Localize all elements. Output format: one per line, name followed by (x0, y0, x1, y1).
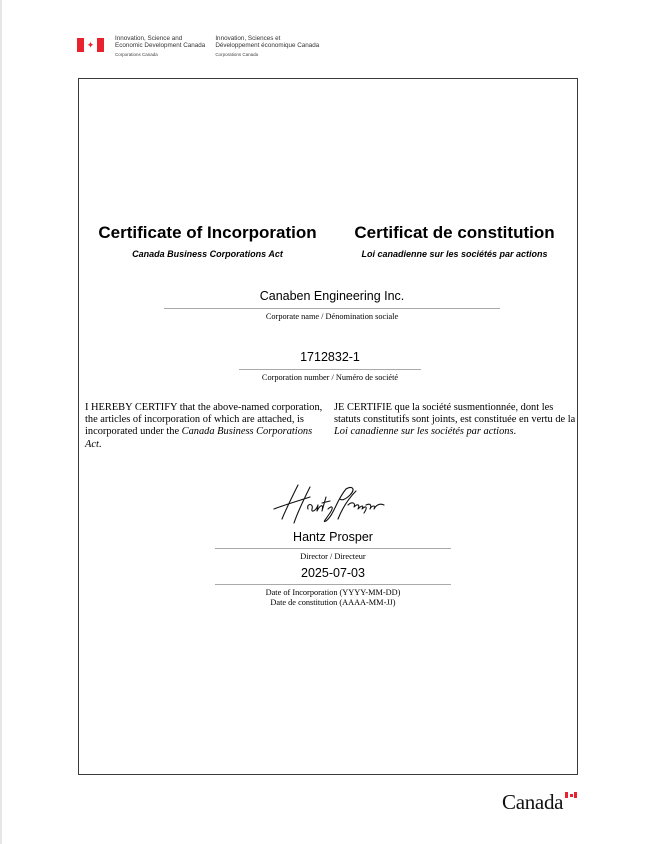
corporate-name-field: Canaben Engineering Inc. Corporate name … (164, 289, 500, 322)
division-en: Corporations Canada (115, 51, 205, 58)
date-label-fr: Date de constitution (AAAA-MM-JJ) (215, 598, 451, 608)
title-en: Certificate of Incorporation (87, 223, 328, 243)
subtitle-fr: Loi canadienne sur les sociétés par acti… (332, 249, 577, 259)
divider (164, 308, 500, 309)
page-edge (0, 0, 2, 844)
department-name-fr: Innovation, Sciences et Développement éc… (215, 35, 319, 58)
corporate-name-label: Corporate name / Dénomination sociale (164, 312, 500, 322)
director-name: Hantz Prosper (215, 530, 451, 545)
divider (239, 369, 421, 370)
corporation-number-label: Corporation number / Numéro de société (239, 373, 421, 383)
canada-wordmark: Canada (502, 790, 563, 815)
divider (215, 548, 451, 549)
director-label: Director / Directeur (215, 552, 451, 562)
corporation-number: 1712832-1 (239, 350, 421, 365)
canada-flag-icon: ✦ (77, 38, 104, 52)
certification-statement-en: I HEREBY CERTIFY that the above-named co… (85, 402, 330, 451)
director-field: Hantz Prosper Director / Directeur (215, 530, 451, 562)
signature-icon (264, 479, 394, 531)
department-name-en: Innovation, Science and Economic Develop… (115, 35, 205, 58)
certificate-frame: Certificate of Incorporation Canada Busi… (78, 78, 578, 775)
corporation-number-field: 1712832-1 Corporation number / Numéro de… (239, 350, 421, 383)
division-fr: Corporations Canada (215, 51, 319, 58)
government-header: ✦ Innovation, Science and Economic Devel… (77, 35, 319, 60)
canada-flag-icon (565, 792, 577, 798)
incorporation-date-field: 2025-07-03 Date of Incorporation (YYYY-M… (215, 566, 451, 607)
date-label-en: Date of Incorporation (YYYY-MM-DD) (215, 588, 451, 598)
subtitle-en: Canada Business Corporations Act (87, 249, 328, 259)
title-fr: Certificat de constitution (332, 223, 577, 243)
certification-statement-fr: JE CERTIFIE que la société susmentionnée… (334, 402, 576, 439)
corporate-name: Canaben Engineering Inc. (164, 289, 500, 304)
incorporation-date: 2025-07-03 (215, 566, 451, 581)
divider (215, 584, 451, 585)
certificate-titles: Certificate of Incorporation Canada Busi… (79, 223, 577, 259)
